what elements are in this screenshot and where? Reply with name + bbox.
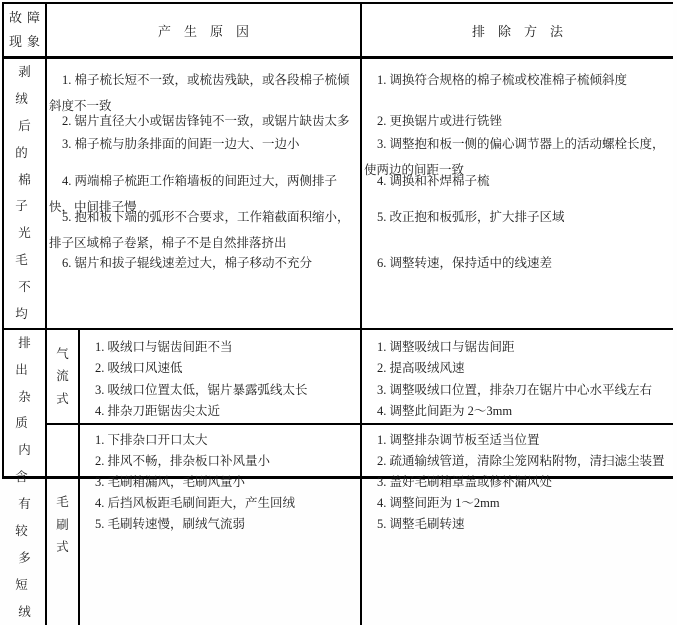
phenomenon-line: 多短 (4, 545, 45, 599)
sublabel-char: 刷 (56, 514, 69, 537)
cause-item: 4. 排杂刀距锯齿尖太近 (82, 401, 355, 423)
cause-item: 3. 棉子梳与肋条排面的间距一边大、一边小 (47, 132, 362, 169)
fault-table: 故障 现象 产生原因 排除方法 剥绒 后的 棉子 光毛 不均 1. 棉子梳长短不… (2, 2, 673, 479)
cause-item: 4. 后挡风板距毛刷间距大，产生回绒 (82, 493, 355, 514)
remedy-item: 6. 调整转速，保持适中的线速差 (362, 251, 673, 328)
phenomenon-line: 内含 (4, 437, 45, 491)
cause-item: 1. 下排杂口开口太大 (82, 430, 355, 451)
cause-item: 1. 吸绒口与锯齿间距不当 (82, 337, 355, 359)
remedy-item: 2. 提高吸绒风速 (364, 358, 668, 380)
brush-remedies: 1. 调整排杂调节板至适当位置 2. 疏通输绒管道，清除尘笼网粘附物，清扫滤尘装… (362, 425, 673, 625)
remedy-item: 1. 调整吸绒口与锯齿间距 (364, 337, 668, 359)
phenomenon-line: 剥绒 (4, 59, 45, 113)
subrow-airflow-type: 气 流 式 1. 吸绒口与锯齿间距不当 2. 吸绒口风速低 3. 吸绒口位置太低… (47, 330, 673, 425)
phenomenon-line: 棉子 (4, 167, 45, 221)
phenomenon-line: 后的 (4, 113, 45, 167)
cause-item: 3. 吸绒口位置太低，锯片暴露弧线太长 (82, 380, 355, 402)
sublabel-airflow: 气 流 式 (47, 330, 80, 423)
sublabel-char: 式 (56, 536, 69, 559)
cause-item: 2. 排风不畅，排杂板口补风量小 (82, 451, 355, 472)
cause-item: 4. 两端棉子梳距工作箱墙板的间距过大，两侧排子快，中间排子慢 (47, 169, 362, 205)
section-uneven-fuzz: 剥绒 后的 棉子 光毛 不均 1. 棉子梳长短不一致，或梳齿残缺，或各段棉子梳倾… (4, 59, 673, 330)
header-fault-phenomenon: 故障 现象 (4, 4, 47, 56)
phenomenon-line: 杂质 (4, 384, 45, 438)
cause-item: 1. 棉子梳长短不一致，或梳齿残缺，或各段棉子梳倾斜度不一致 (47, 59, 362, 109)
remedy-item: 2. 更换锯片或进行铣锉 (362, 109, 673, 132)
remedy-item: 3. 调整吸绒口位置，排杂刀在锯片中心水平线左右 (364, 380, 668, 402)
subrow-brush-type: 毛 刷 式 1. 下排杂口开口太大 2. 排风不畅，排杂板口补风量小 3. 毛刷… (47, 425, 673, 625)
remedy-item: 5. 改正抱和板弧形，扩大排子区域 (362, 205, 673, 251)
remedy-item: 5. 调整毛刷转速 (364, 514, 668, 535)
airflow-causes: 1. 吸绒口与锯齿间距不当 2. 吸绒口风速低 3. 吸绒口位置太低，锯片暴露弧… (80, 330, 362, 423)
cause-item: 5. 毛刷转速慢，刷绒气流弱 (82, 514, 355, 535)
remedy-item: 3. 调整抱和板一侧的偏心调节器上的活动螺栓长度，使两边的间距一致 (362, 132, 673, 169)
remedy-item: 1. 调整排杂调节板至适当位置 (364, 430, 668, 451)
remedy-item: 3. 盖好毛刷箱罩盖或修补漏风处 (364, 472, 668, 493)
sublabel-char: 式 (56, 388, 69, 411)
phenomenon-line: 光毛 (4, 220, 45, 274)
cause-item: 2. 锯片直径大小或锯齿锋钝不一致，或锯片缺齿太多 (47, 109, 362, 132)
sublabel-char: 气 (56, 343, 69, 366)
phenomenon-line: 排出 (4, 330, 45, 384)
brush-causes: 1. 下排杂口开口太大 2. 排风不畅，排杂板口补风量小 3. 毛刷箱漏风，毛刷… (80, 425, 362, 625)
cause-item: 2. 吸绒口风速低 (82, 358, 355, 380)
phenomenon-line: 绒 (4, 599, 45, 625)
remedy-item: 2. 疏通输绒管道，清除尘笼网粘附物，清扫滤尘装置 (364, 451, 668, 472)
sublabel-char: 流 (56, 365, 69, 388)
phenomenon-line: 不均 (4, 274, 45, 328)
sublabel-char: 毛 (56, 491, 69, 514)
cause-item: 5. 抱和板下端的弧形不合要求，工作箱截面积缩小，排子区域棉子卷紧，棉子不是自然… (47, 205, 362, 251)
phenomenon-line: 有较 (4, 491, 45, 545)
cause-item: 6. 锯片和拔子辊线速差过大，棉子移动不充分 (47, 251, 362, 328)
remedy-item: 4. 调整此间距为 2～3mm (364, 401, 668, 423)
sublabel-brush: 毛 刷 式 (47, 425, 80, 625)
cause-item: 3. 毛刷箱漏风，毛刷风量小 (82, 472, 355, 493)
airflow-remedies: 1. 调整吸绒口与锯齿间距 2. 提高吸绒风速 3. 调整吸绒口位置，排杂刀在锯… (362, 330, 673, 423)
header-fault-phenomenon-line1: 故障 (4, 6, 45, 30)
header-fault-phenomenon-line2: 现象 (4, 30, 45, 54)
header-causes: 产生原因 (47, 4, 362, 56)
section1-cause-remedy-grid: 1. 棉子梳长短不一致，或梳齿残缺，或各段棉子梳倾斜度不一致 1. 调换符合规格… (47, 59, 673, 328)
header-remedies: 排除方法 (362, 4, 673, 56)
section2-body: 气 流 式 1. 吸绒口与锯齿间距不当 2. 吸绒口风速低 3. 吸绒口位置太低… (47, 330, 673, 625)
phenomenon-label-uneven-fuzz: 剥绒 后的 棉子 光毛 不均 (4, 59, 47, 328)
remedy-item: 4. 调整间距为 1～2mm (364, 493, 668, 514)
section-trash-short-lint: 排出 杂质 内含 有较 多短 绒 气 流 式 1. 吸绒口与锯齿间距不当 2. … (4, 330, 673, 625)
phenomenon-label-trash-short-lint: 排出 杂质 内含 有较 多短 绒 (4, 330, 47, 625)
remedy-item: 4. 调换和补焊棉子梳 (362, 169, 673, 205)
table-header-row: 故障 现象 产生原因 排除方法 (4, 4, 673, 59)
remedy-item: 1. 调换符合规格的棉子梳或校准棉子梳倾斜度 (362, 59, 673, 109)
